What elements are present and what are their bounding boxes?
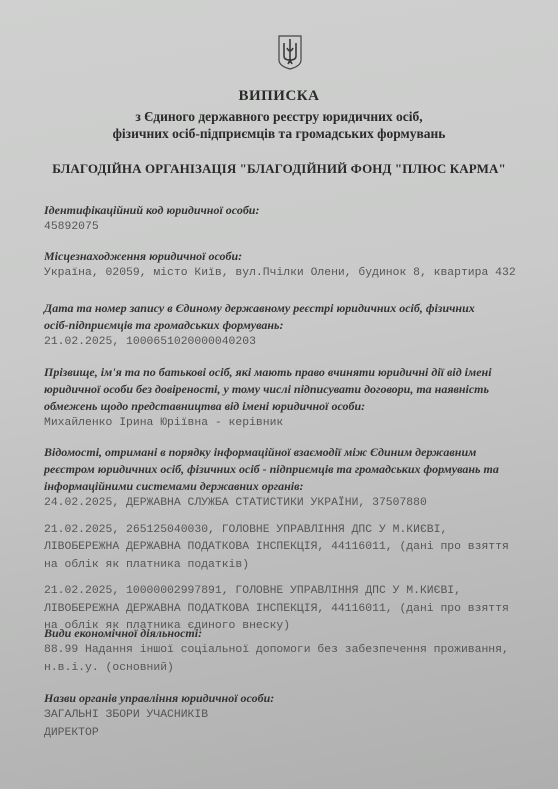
section-registration: Дата та номер запису в Єдиному державном… <box>44 300 494 352</box>
location-value: Україна, 02059, місто Київ, вул.Пчілки О… <box>44 265 544 283</box>
trident-coat-of-arms-icon <box>277 34 303 70</box>
governing-body: ДИРЕКТОР <box>44 725 524 743</box>
activities-label: Види економічної діяльності: <box>44 625 519 642</box>
section-info-exchange: Відомості, отримані в порядку інформацій… <box>44 444 519 636</box>
info-exchange-entry: 21.02.2025, 265125040030, ГОЛОВНЕ УПРАВЛ… <box>44 522 519 575</box>
governing-bodies-label: Назви органів управління юридичної особи… <box>44 690 524 707</box>
section-id-code: Ідентифікаційний код юридичної особи: 45… <box>44 202 524 237</box>
section-activities: Види економічної діяльності: 88.99 Надан… <box>44 625 519 677</box>
document-subtitle-line2: фізичних осіб-підприємців та громадських… <box>0 126 558 142</box>
registration-value: 21.02.2025, 1000651020000040203 <box>44 334 494 352</box>
info-exchange-label: Відомості, отримані в порядку інформацій… <box>44 444 519 495</box>
section-governing-bodies: Назви органів управління юридичної особи… <box>44 690 524 742</box>
id-code-value: 45892075 <box>44 219 524 237</box>
document-title: ВИПИСКА <box>0 88 558 105</box>
organization-name: БЛАГОДІЙНА ОРГАНІЗАЦІЯ "БЛАГОДІЙНИЙ ФОНД… <box>0 161 558 177</box>
info-exchange-entry: 24.02.2025, ДЕРЖАВНА СЛУЖБА СТАТИСТИКИ У… <box>44 495 519 513</box>
representatives-label: Прізвище, ім'я та по батькові осіб, які … <box>44 364 524 415</box>
section-representatives: Прізвище, ім'я та по батькові осіб, які … <box>44 364 524 433</box>
document-subtitle-line1: з Єдиного державного реєстру юридичних о… <box>0 109 558 125</box>
location-label: Місцезнаходження юридичної особи: <box>44 248 544 265</box>
representatives-value: Михайленко Ірина Юріївна - керівник <box>44 415 524 433</box>
activities-value: 88.99 Надання іншої соціальної допомоги … <box>44 642 519 677</box>
section-location: Місцезнаходження юридичної особи: Україн… <box>44 248 544 283</box>
registration-label: Дата та номер запису в Єдиному державном… <box>44 300 494 334</box>
governing-body: ЗАГАЛЬНІ ЗБОРИ УЧАСНИКІВ <box>44 707 524 725</box>
id-code-label: Ідентифікаційний код юридичної особи: <box>44 202 524 219</box>
